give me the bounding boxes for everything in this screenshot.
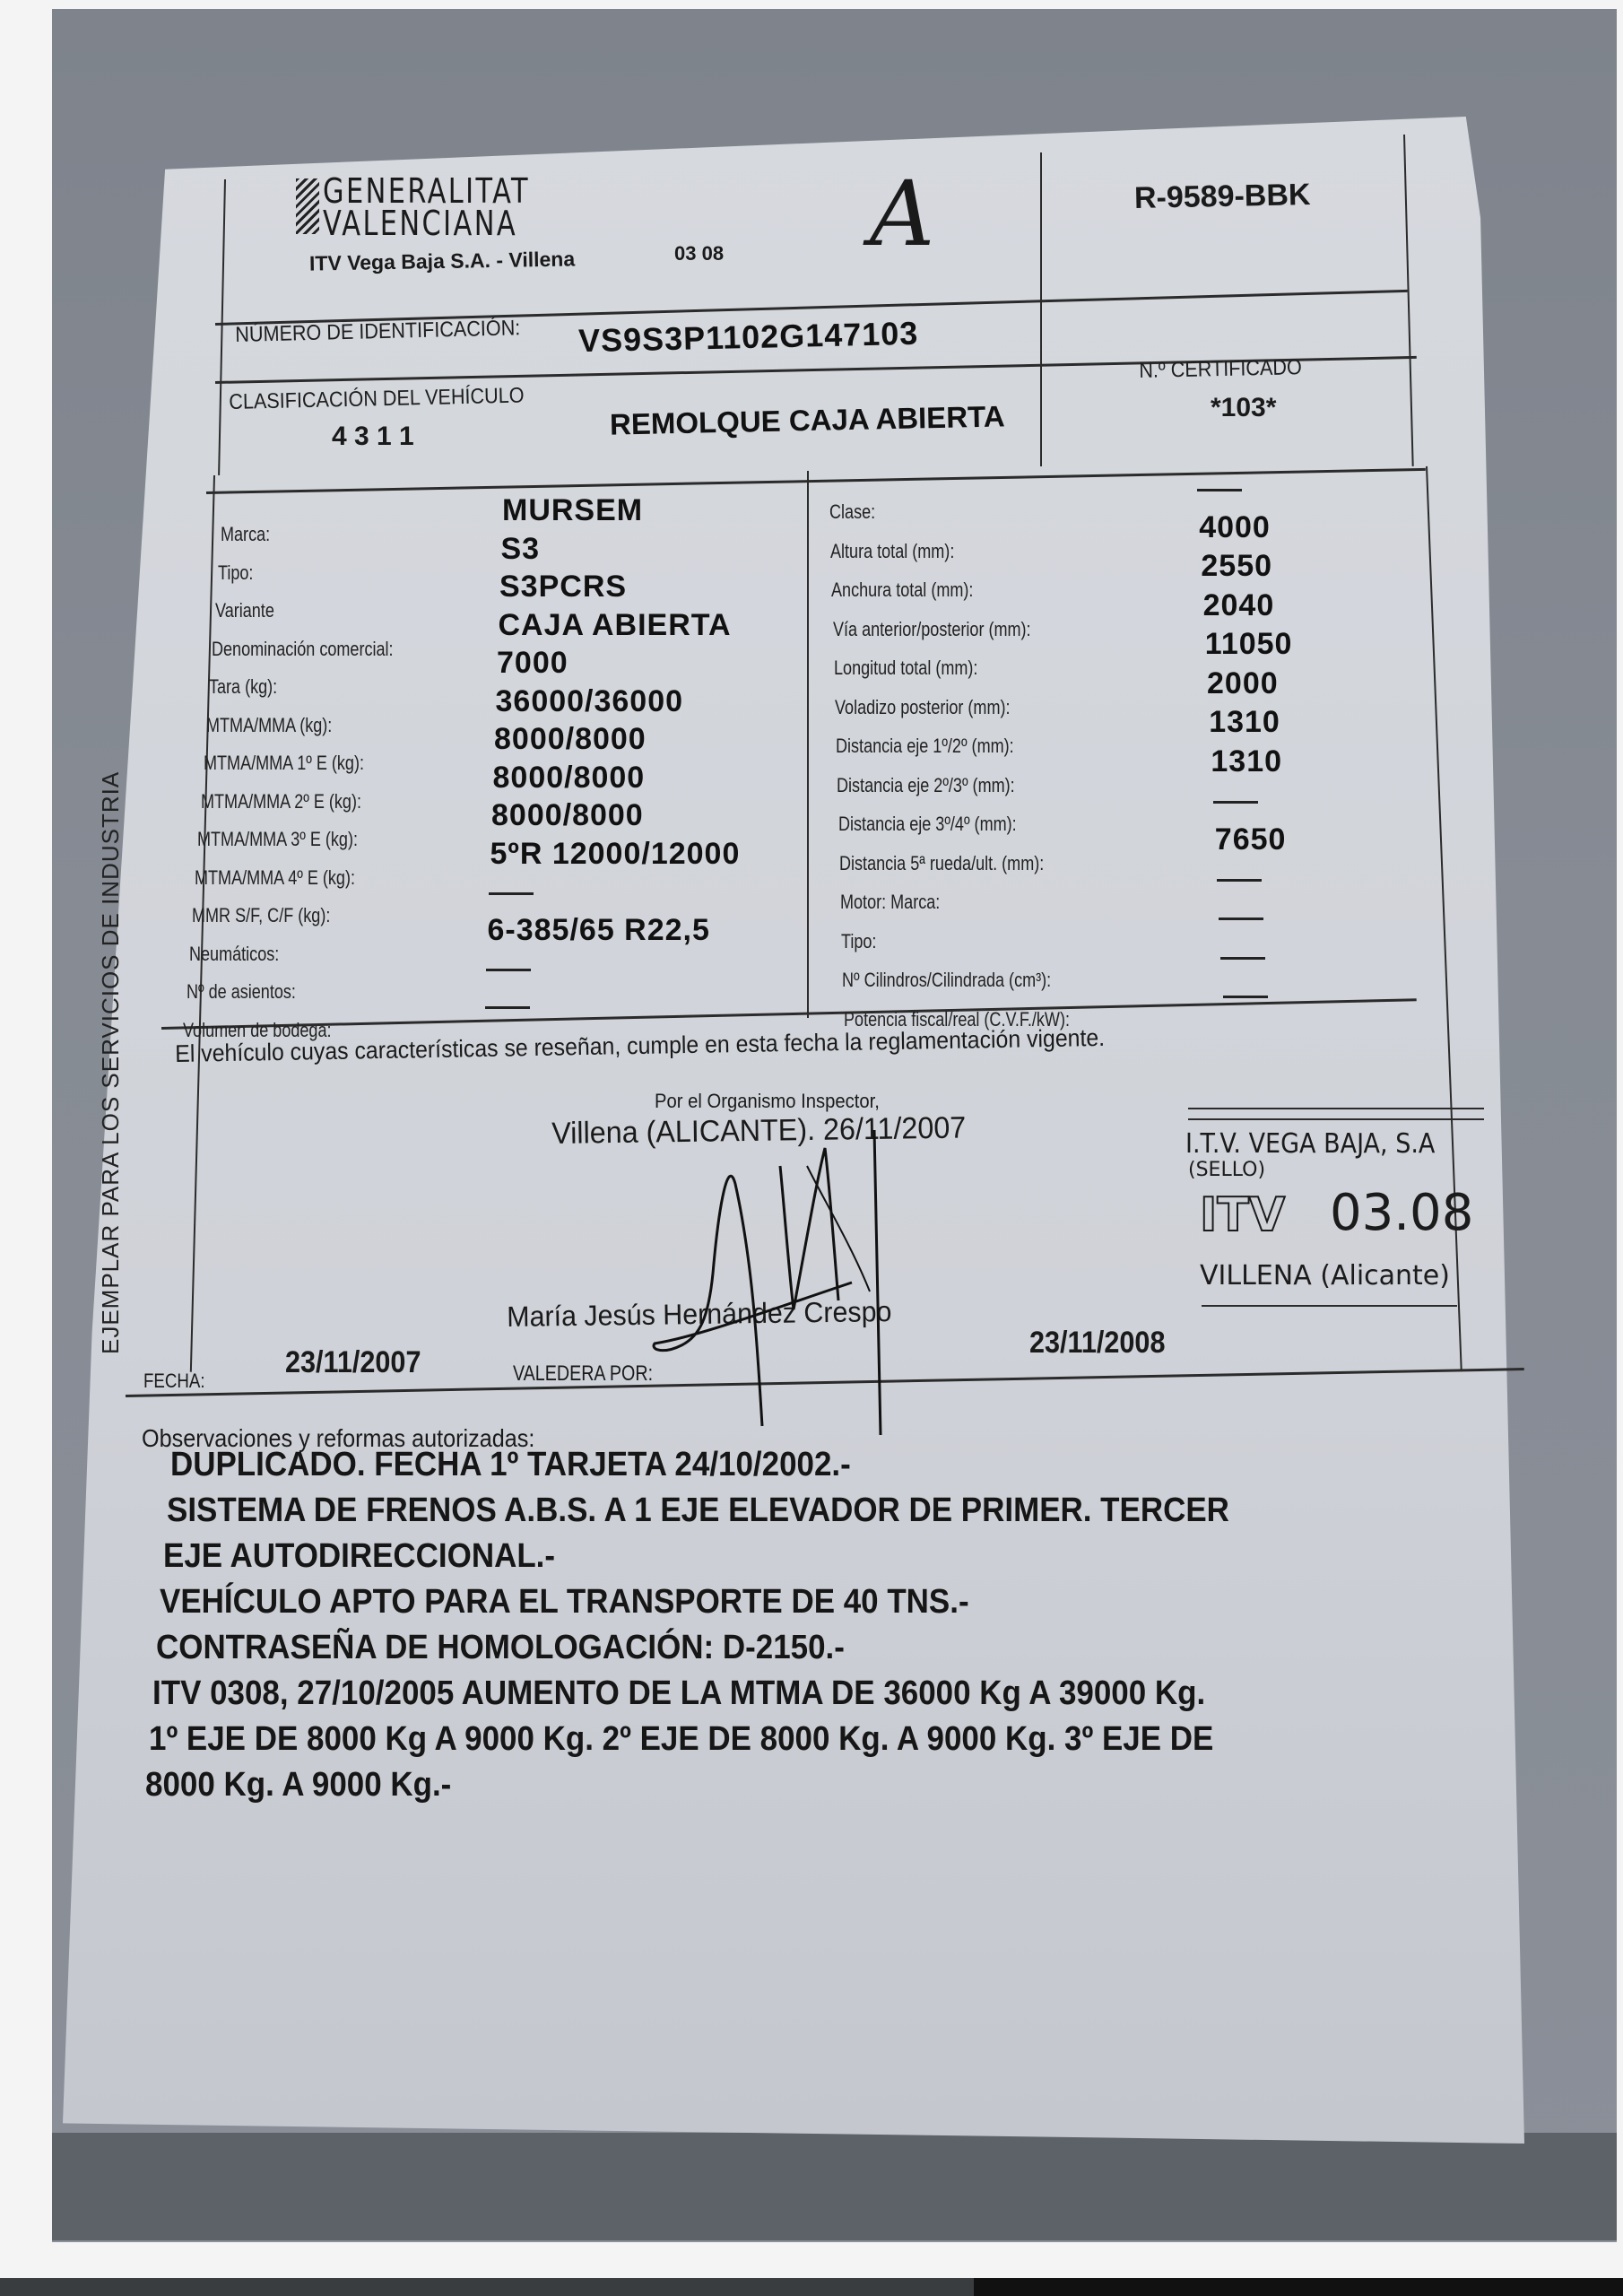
logo-emblem-icon — [296, 178, 319, 234]
field-value: 2040 — [1203, 588, 1275, 623]
field-value — [1217, 861, 1262, 896]
field-label: Longitud total (mm): — [834, 657, 977, 680]
field-value — [1223, 978, 1268, 1013]
stamp-sello: (SELLO) — [1188, 1159, 1265, 1181]
field-label: Nº de asientos: — [187, 980, 296, 1004]
field-label: Voladizo posterior (mm): — [835, 696, 1011, 719]
field-value: 11050 — [1205, 627, 1293, 662]
field-value: 7650 — [1215, 822, 1287, 857]
valedera-label: VALEDERA POR: — [513, 1361, 653, 1387]
field-label: Clase: — [829, 500, 875, 524]
observation-line: DUPLICADO. FECHA 1º TARJETA 24/10/2002.- — [170, 1446, 851, 1484]
field-label: Distancia eje 2º/3º (mm): — [837, 774, 1015, 797]
stamp-code: 03.08 — [1330, 1184, 1473, 1242]
field-value: 6-385/65 R22,5 — [488, 913, 710, 948]
stamp-company: I.T.V. VEGA BAJA, S.A — [1185, 1128, 1435, 1160]
field-value: 5ºR 12000/12000 — [490, 837, 741, 872]
field-value: 36000/36000 — [496, 684, 684, 719]
field-label: Tara (kg): — [209, 675, 277, 699]
field-label: Tipo: — [841, 930, 876, 953]
side-copy-label: EJEMPLAR PARA LOS SERVICIOS DE INDUSTRIA — [97, 771, 125, 1354]
field-label: Tipo: — [218, 561, 253, 585]
field-label: Vía anterior/posterior (mm): — [833, 618, 1031, 641]
field-label: MTMA/MMA 1º E (kg): — [204, 752, 364, 775]
certificate-number: *103* — [1211, 393, 1276, 423]
divider — [206, 468, 1426, 494]
field-value: MURSEM — [502, 493, 643, 528]
field-value — [1220, 939, 1265, 974]
observation-line: 1º EJE DE 8000 Kg A 9000 Kg. 2º EJE DE 8… — [149, 1720, 1213, 1759]
field-value: S3PCRS — [499, 570, 627, 604]
field-label: MTMA/MMA (kg): — [206, 714, 332, 737]
field-label: MTMA/MMA 4º E (kg): — [195, 866, 355, 890]
field-value: 7000 — [497, 646, 568, 681]
frame-line — [807, 471, 809, 1018]
field-value: 8000/8000 — [491, 798, 644, 833]
station-name: ITV Vega Baja S.A. - Villena — [309, 247, 576, 275]
signature — [646, 1130, 933, 1435]
itv-logo-icon: ITV — [1200, 1188, 1285, 1242]
fecha-value: 23/11/2007 — [285, 1345, 421, 1380]
frame-line — [1403, 135, 1414, 466]
field-value: 1310 — [1211, 744, 1282, 779]
certificate-label: N.º CERTIFICADO — [1139, 355, 1302, 384]
itv-card-content: GENERALITAT VALENCIANA ITV Vega Baja S.A… — [0, 0, 1623, 2296]
field-value: 2000 — [1207, 666, 1279, 701]
field-value: CAJA ABIERTA — [499, 608, 732, 643]
stamp-rule — [1188, 1118, 1484, 1120]
field-value: 2550 — [1201, 549, 1272, 584]
stamp-rule — [1202, 1305, 1457, 1307]
stamp-location: VILLENA (Alicante) — [1200, 1260, 1450, 1291]
field-label: Neumáticos: — [189, 943, 279, 966]
field-value: 8000/8000 — [494, 722, 647, 757]
classification-description: REMOLQUE CAJA ABIERTA — [610, 399, 1005, 441]
field-label: Distancia eje 3º/4º (mm): — [838, 813, 1017, 836]
field-value — [1213, 783, 1258, 818]
field-label: MTMA/MMA 2º E (kg): — [201, 790, 361, 813]
observation-line: 8000 Kg. A 9000 Kg.- — [145, 1766, 451, 1805]
field-label: Variante — [215, 599, 274, 622]
field-value: 4000 — [1199, 510, 1271, 545]
classification-label: CLASIFICACIÓN DEL VEHÍCULO — [229, 384, 525, 415]
field-label: MMR S/F, C/F (kg): — [192, 904, 330, 927]
station-code: 03 08 — [674, 242, 724, 265]
logo-line-2: VALENCIANA — [323, 207, 517, 239]
fecha-label: FECHA: — [143, 1370, 205, 1393]
field-value — [485, 989, 530, 1024]
handwritten-mark: A — [870, 161, 934, 266]
field-value — [489, 874, 534, 909]
observation-line: VEHÍCULO APTO PARA EL TRANSPORTE DE 40 T… — [160, 1583, 969, 1622]
valedera-value: 23/11/2008 — [1029, 1326, 1165, 1361]
license-plate: R-9589-BBK — [1134, 178, 1311, 216]
field-label: Nº Cilindros/Cilindrada (cm³): — [842, 969, 1051, 992]
observation-line: CONTRASEÑA DE HOMOLOGACIÓN: D-2150.- — [156, 1629, 845, 1667]
field-label: Distancia eje 1º/2º (mm): — [836, 735, 1014, 758]
field-label: Denominación comercial: — [212, 638, 394, 661]
logo-line-1: GENERALITAT — [323, 175, 530, 207]
field-value: 8000/8000 — [493, 761, 646, 796]
frame-line — [1040, 152, 1042, 466]
field-label: MTMA/MMA 3º E (kg): — [197, 828, 358, 851]
field-label: Altura total (mm): — [830, 540, 954, 563]
observation-line: EJE AUTODIRECCIONAL.- — [163, 1537, 555, 1576]
field-label: Anchura total (mm): — [831, 578, 973, 602]
observation-line: SISTEMA DE FRENOS A.B.S. A 1 EJE ELEVADO… — [167, 1492, 1229, 1530]
field-value: 1310 — [1209, 705, 1280, 740]
field-label: Marca: — [221, 523, 270, 546]
identification-number: VS9S3P1102G147103 — [578, 315, 919, 361]
field-label: Motor: Marca: — [840, 891, 940, 914]
field-value — [1197, 471, 1242, 506]
inspector-caption: Por el Organismo Inspector, — [655, 1090, 880, 1113]
field-value — [1219, 900, 1263, 935]
classification-code: 4 3 1 1 — [332, 422, 414, 452]
field-value: S3 — [501, 532, 541, 567]
field-value — [486, 951, 531, 986]
field-label: Distancia 5ª rueda/ult. (mm): — [839, 852, 1044, 875]
observation-line: ITV 0308, 27/10/2005 AUMENTO DE LA MTMA … — [152, 1674, 1205, 1713]
stamp-rule — [1188, 1108, 1484, 1109]
frame-line — [218, 179, 226, 475]
